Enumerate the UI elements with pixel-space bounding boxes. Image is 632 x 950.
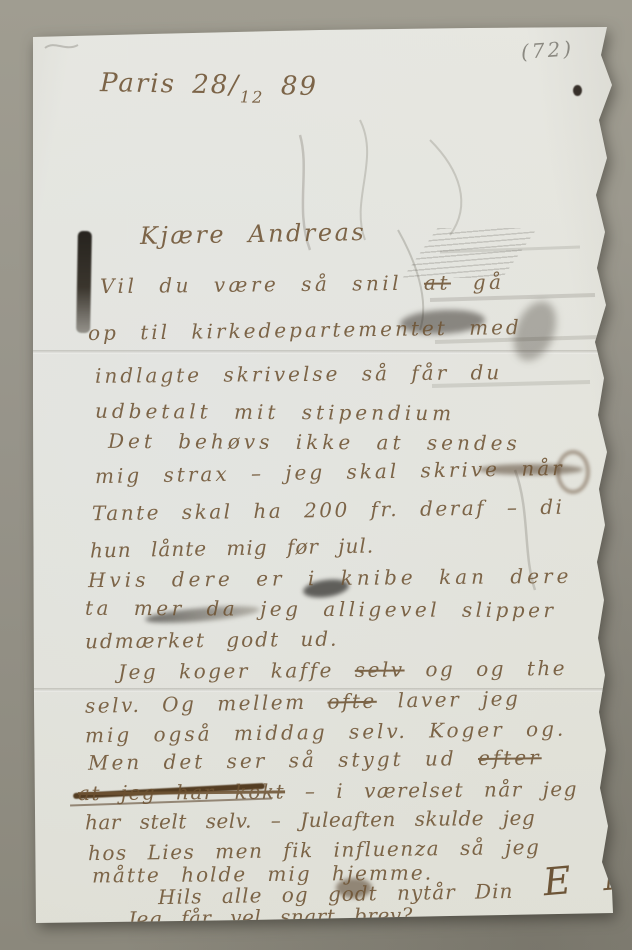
letter-line: udbetalt mit stipendium	[95, 399, 455, 426]
letter-line: har stelt selv. – Juleaften skulde jeg	[85, 806, 535, 835]
letter-line: Jeg koger kaffe selv og og the	[118, 656, 567, 684]
struck-word: at	[424, 270, 451, 294]
letter-line: hun lånte mig før jul.	[90, 534, 375, 563]
struck-word: ofte	[327, 689, 377, 714]
date-year: 89	[264, 71, 318, 102]
letter-line: ta mer da jeg alligevel slipper	[85, 596, 557, 622]
letter-line: Vil du være så snil at gå	[100, 270, 505, 298]
archive-number: (72)	[520, 36, 575, 64]
letter-line: mig strax – jeg skal skrive når	[95, 456, 565, 488]
date-text: Paris 28/	[100, 68, 241, 100]
letter-line: mig også middag selv. Koger og.	[85, 717, 567, 748]
ink-dot	[573, 85, 582, 96]
letter-line: at jeg har kokt – i værelset når jeg	[78, 777, 578, 805]
letter-line: Hvis dere er i knibe kan dere	[88, 564, 573, 592]
line-text: Jeg koger kaffe	[118, 658, 355, 684]
line-text: og og the	[404, 656, 567, 681]
photo-backdrop: (72) Paris 28/12 89 Kjære Andreas Vil du…	[0, 0, 632, 950]
letter-line: indlagte skrivelse så får du	[95, 360, 502, 388]
line-text: laver jeg	[377, 686, 521, 713]
paper-sheet: (72) Paris 28/12 89 Kjære Andreas Vil du…	[0, 0, 632, 950]
line-text: – i værelset når jeg	[285, 777, 578, 804]
date-line: Paris 28/12 89	[100, 68, 318, 108]
salutation: Kjære Andreas	[140, 218, 367, 250]
line-text: selv. Og mellem	[85, 690, 328, 718]
struck-word: efter	[478, 745, 542, 770]
letter-line: Tante skal ha 200 fr. deraf – di	[92, 495, 565, 526]
letter-line: Men det ser så stygt ud efter	[88, 745, 542, 775]
signature: E M	[541, 852, 632, 905]
letter-line: Jeg får vel snart brev?	[128, 903, 413, 931]
letter-line: udmærket godt ud.	[85, 627, 339, 654]
struck-word: selv	[355, 657, 405, 681]
letter-paper: (72) Paris 28/12 89 Kjære Andreas Vil du…	[0, 0, 632, 950]
struck-word: at jeg har kokt	[78, 779, 285, 805]
ink-blot-bar	[76, 231, 92, 333]
letter-line: Det behøvs ikke at sendes	[108, 429, 521, 455]
line-text: gå	[451, 270, 505, 295]
letter-line: op til kirkedepartementet med	[88, 315, 522, 345]
date-fraction: 12	[240, 87, 265, 106]
line-text: Men det ser så stygt ud	[88, 746, 478, 775]
line-text: Vil du være så snil	[100, 271, 424, 298]
